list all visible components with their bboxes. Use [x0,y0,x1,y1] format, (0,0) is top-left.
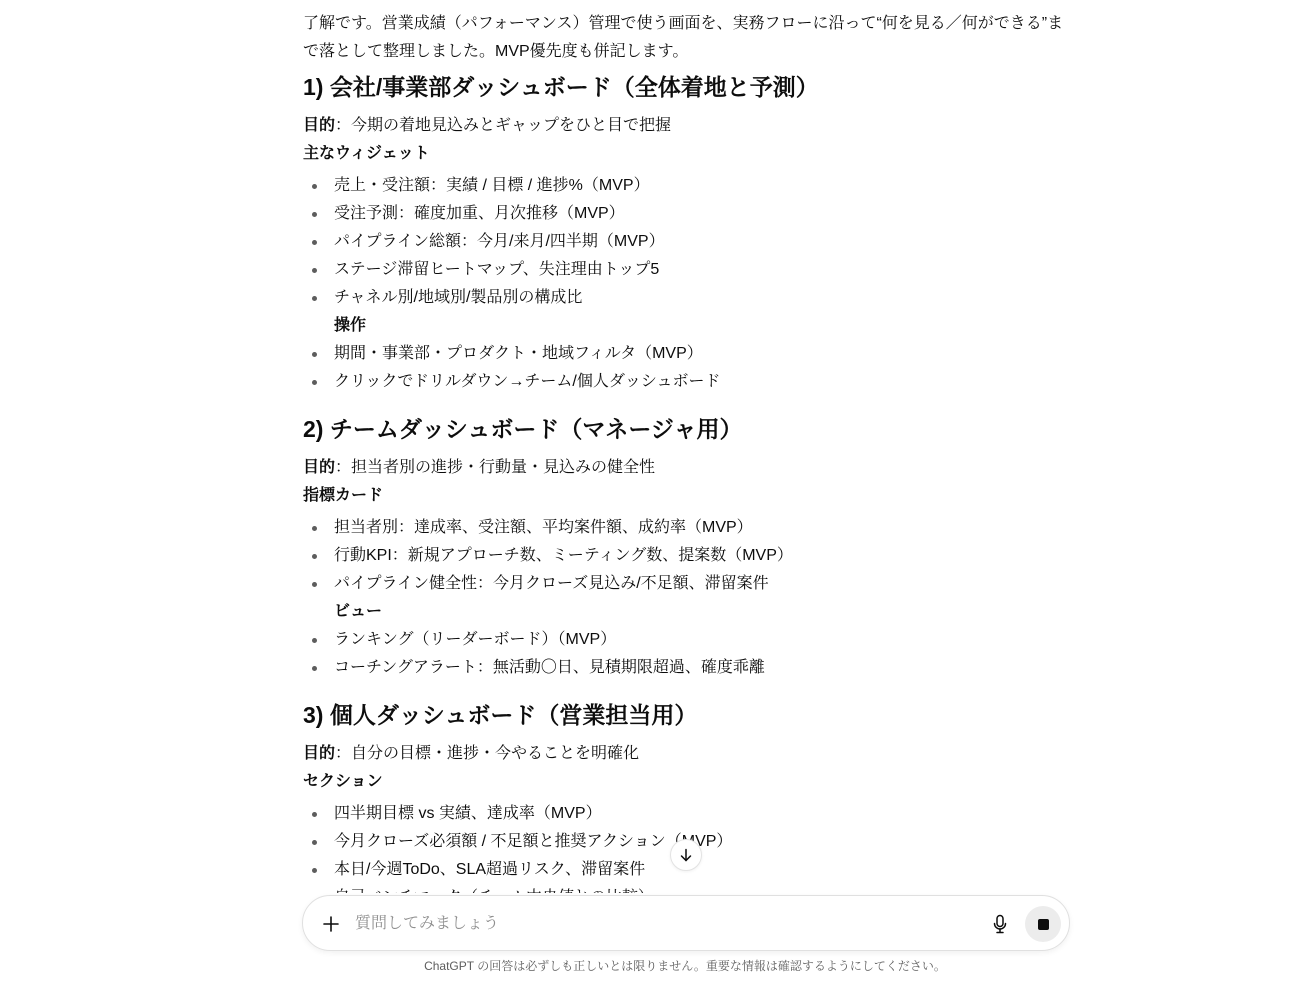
arrow-down-icon [678,847,694,863]
dictate-button[interactable] [986,910,1014,938]
bullet-list: 期間・事業部・プロダクト・地域フィルタ（MVP） クリックでドリルダウン→チーム… [303,340,1073,396]
list-item: クリックでドリルダウン→チーム/個人ダッシュボード [303,368,1073,396]
chat-scroll-area[interactable]: 了解です。営業成績（パフォーマンス）管理で使う画面を、実務フローに沿って“何を見… [0,0,1310,893]
section-heading: 1) 会社/事業部ダッシュボード（全体着地と予測） [303,70,1073,104]
plus-icon [322,915,340,933]
list-item: 担当者別：達成率、受注額、平均案件額、成約率（MVP） [303,514,1073,542]
add-attachment-button[interactable] [317,910,345,938]
purpose-line: 目的：担当者別の進捗・行動量・見込みの健全性 [303,454,1073,482]
assistant-message: 了解です。営業成績（パフォーマンス）管理で使う画面を、実務フローに沿って“何を見… [303,10,1073,893]
section-heading: 2) チームダッシュボード（マネージャ用） [303,412,1073,446]
purpose-label: 目的 [303,117,335,134]
group-label: セクション [303,768,1073,796]
list-item: 受注予測：確度加重、月次推移（MVP） [303,200,1073,228]
list-item: 売上・受注額：実績 / 目標 / 進捗%（MVP） [303,172,1073,200]
list-item: 四半期目標 vs 実績、達成率（MVP） [303,800,1073,828]
list-item: 行動KPI：新規アプローチ数、ミーティング数、提案数（MVP） [303,542,1073,570]
list-item: 自己ベンチマーク（チーム中央値との比較） [303,884,1073,893]
list-item: チャネル別/地域別/製品別の構成比 [303,284,1073,312]
microphone-icon [992,914,1008,934]
group-label: 指標カード [303,482,1073,510]
purpose-text: ：自分の目標・進捗・今やることを明確化 [335,745,639,762]
purpose-line: 目的：今期の着地見込みとギャップをひと目で把握 [303,112,1073,140]
prompt-input[interactable] [355,910,955,938]
intro-paragraph: 了解です。営業成績（パフォーマンス）管理で使う画面を、実務フローに沿って“何を見… [303,10,1073,66]
list-item: ステージ滞留ヒートマップ、失注理由トップ5 [303,256,1073,284]
stop-generating-button[interactable] [1025,906,1061,942]
list-item: コーチングアラート：無活動〇日、見積期限超過、確度乖離 [303,654,1073,682]
disclaimer-text: ChatGPT の回答は必ずしも正しいとは限りません。重要な情報は確認するように… [0,958,1310,974]
purpose-text: ：担当者別の進捗・行動量・見込みの健全性 [335,459,655,476]
scroll-to-bottom-button[interactable] [670,839,702,871]
bullet-list: 売上・受注額：実績 / 目標 / 進捗%（MVP） 受注予測：確度加重、月次推移… [303,172,1073,312]
purpose-label: 目的 [303,745,335,762]
composer [302,895,1070,951]
list-item: パイプライン健全性：今月クローズ見込み/不足額、滞留案件 [303,570,1073,598]
bullet-list: 担当者別：達成率、受注額、平均案件額、成約率（MVP） 行動KPI：新規アプロー… [303,514,1073,598]
group-label: 操作 [303,312,1073,340]
purpose-label: 目的 [303,459,335,476]
stop-icon [1038,919,1049,930]
list-item: パイプライン総額：今月/来月/四半期（MVP） [303,228,1073,256]
purpose-line: 目的：自分の目標・進捗・今やることを明確化 [303,740,1073,768]
purpose-text: ：今期の着地見込みとギャップをひと目で把握 [335,117,671,134]
list-item: 期間・事業部・プロダクト・地域フィルタ（MVP） [303,340,1073,368]
bullet-list: ランキング（リーダーボード）（MVP） コーチングアラート：無活動〇日、見積期限… [303,626,1073,682]
group-label: 主なウィジェット [303,140,1073,168]
section-heading: 3) 個人ダッシュボード（営業担当用） [303,698,1073,732]
group-label: ビュー [303,598,1073,626]
list-item: ランキング（リーダーボード）（MVP） [303,626,1073,654]
